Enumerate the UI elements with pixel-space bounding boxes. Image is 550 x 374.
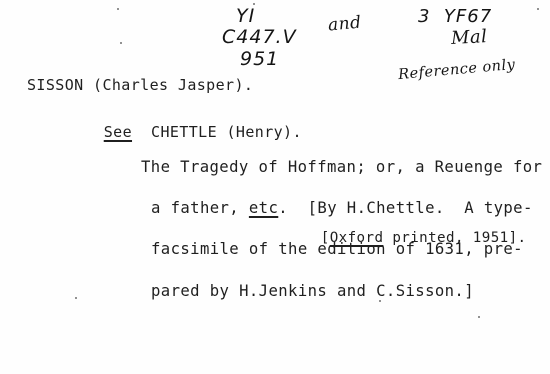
shelfmark-left-line3: 951 [240, 48, 279, 70]
catalog-card: YI C447.V 951 and 3 YF67 Mal Reference o… [0, 0, 550, 374]
paper-speck [379, 300, 381, 302]
reference-only-note: Reference only [398, 57, 516, 83]
imprint-line: [Oxford printed, 1951]. [285, 214, 526, 262]
description-line4: pared by H.Jenkins and C.Sisson.] [151, 285, 542, 299]
imprint-place: Oxford [330, 230, 384, 246]
shelfmark-conjunction: and [327, 13, 362, 36]
description-line2-etc: etc [249, 199, 278, 217]
paper-speck [117, 8, 119, 10]
paper-speck [478, 316, 480, 318]
shelfmark-right-line1: 3 YF67 [418, 6, 492, 27]
card-heading: SISSON (Charles Jasper). [27, 76, 253, 94]
description-line1: The Tragedy of Hoffman; or, a Reuenge fo… [141, 161, 542, 175]
see-label: See [104, 123, 132, 141]
paper-speck [537, 8, 539, 10]
imprint-rest: printed, 1951]. [383, 230, 526, 246]
description-line2-pre: a father, [151, 199, 249, 217]
paper-speck [120, 42, 122, 44]
paper-speck [253, 3, 255, 5]
imprint-open-bracket: [ [321, 230, 330, 246]
shelfmark-right-line2: Mal [450, 26, 487, 49]
shelfmark-left-line2: C447.V [222, 26, 297, 48]
shelfmark-left-line1: YI [236, 5, 255, 27]
paper-speck [75, 297, 77, 299]
